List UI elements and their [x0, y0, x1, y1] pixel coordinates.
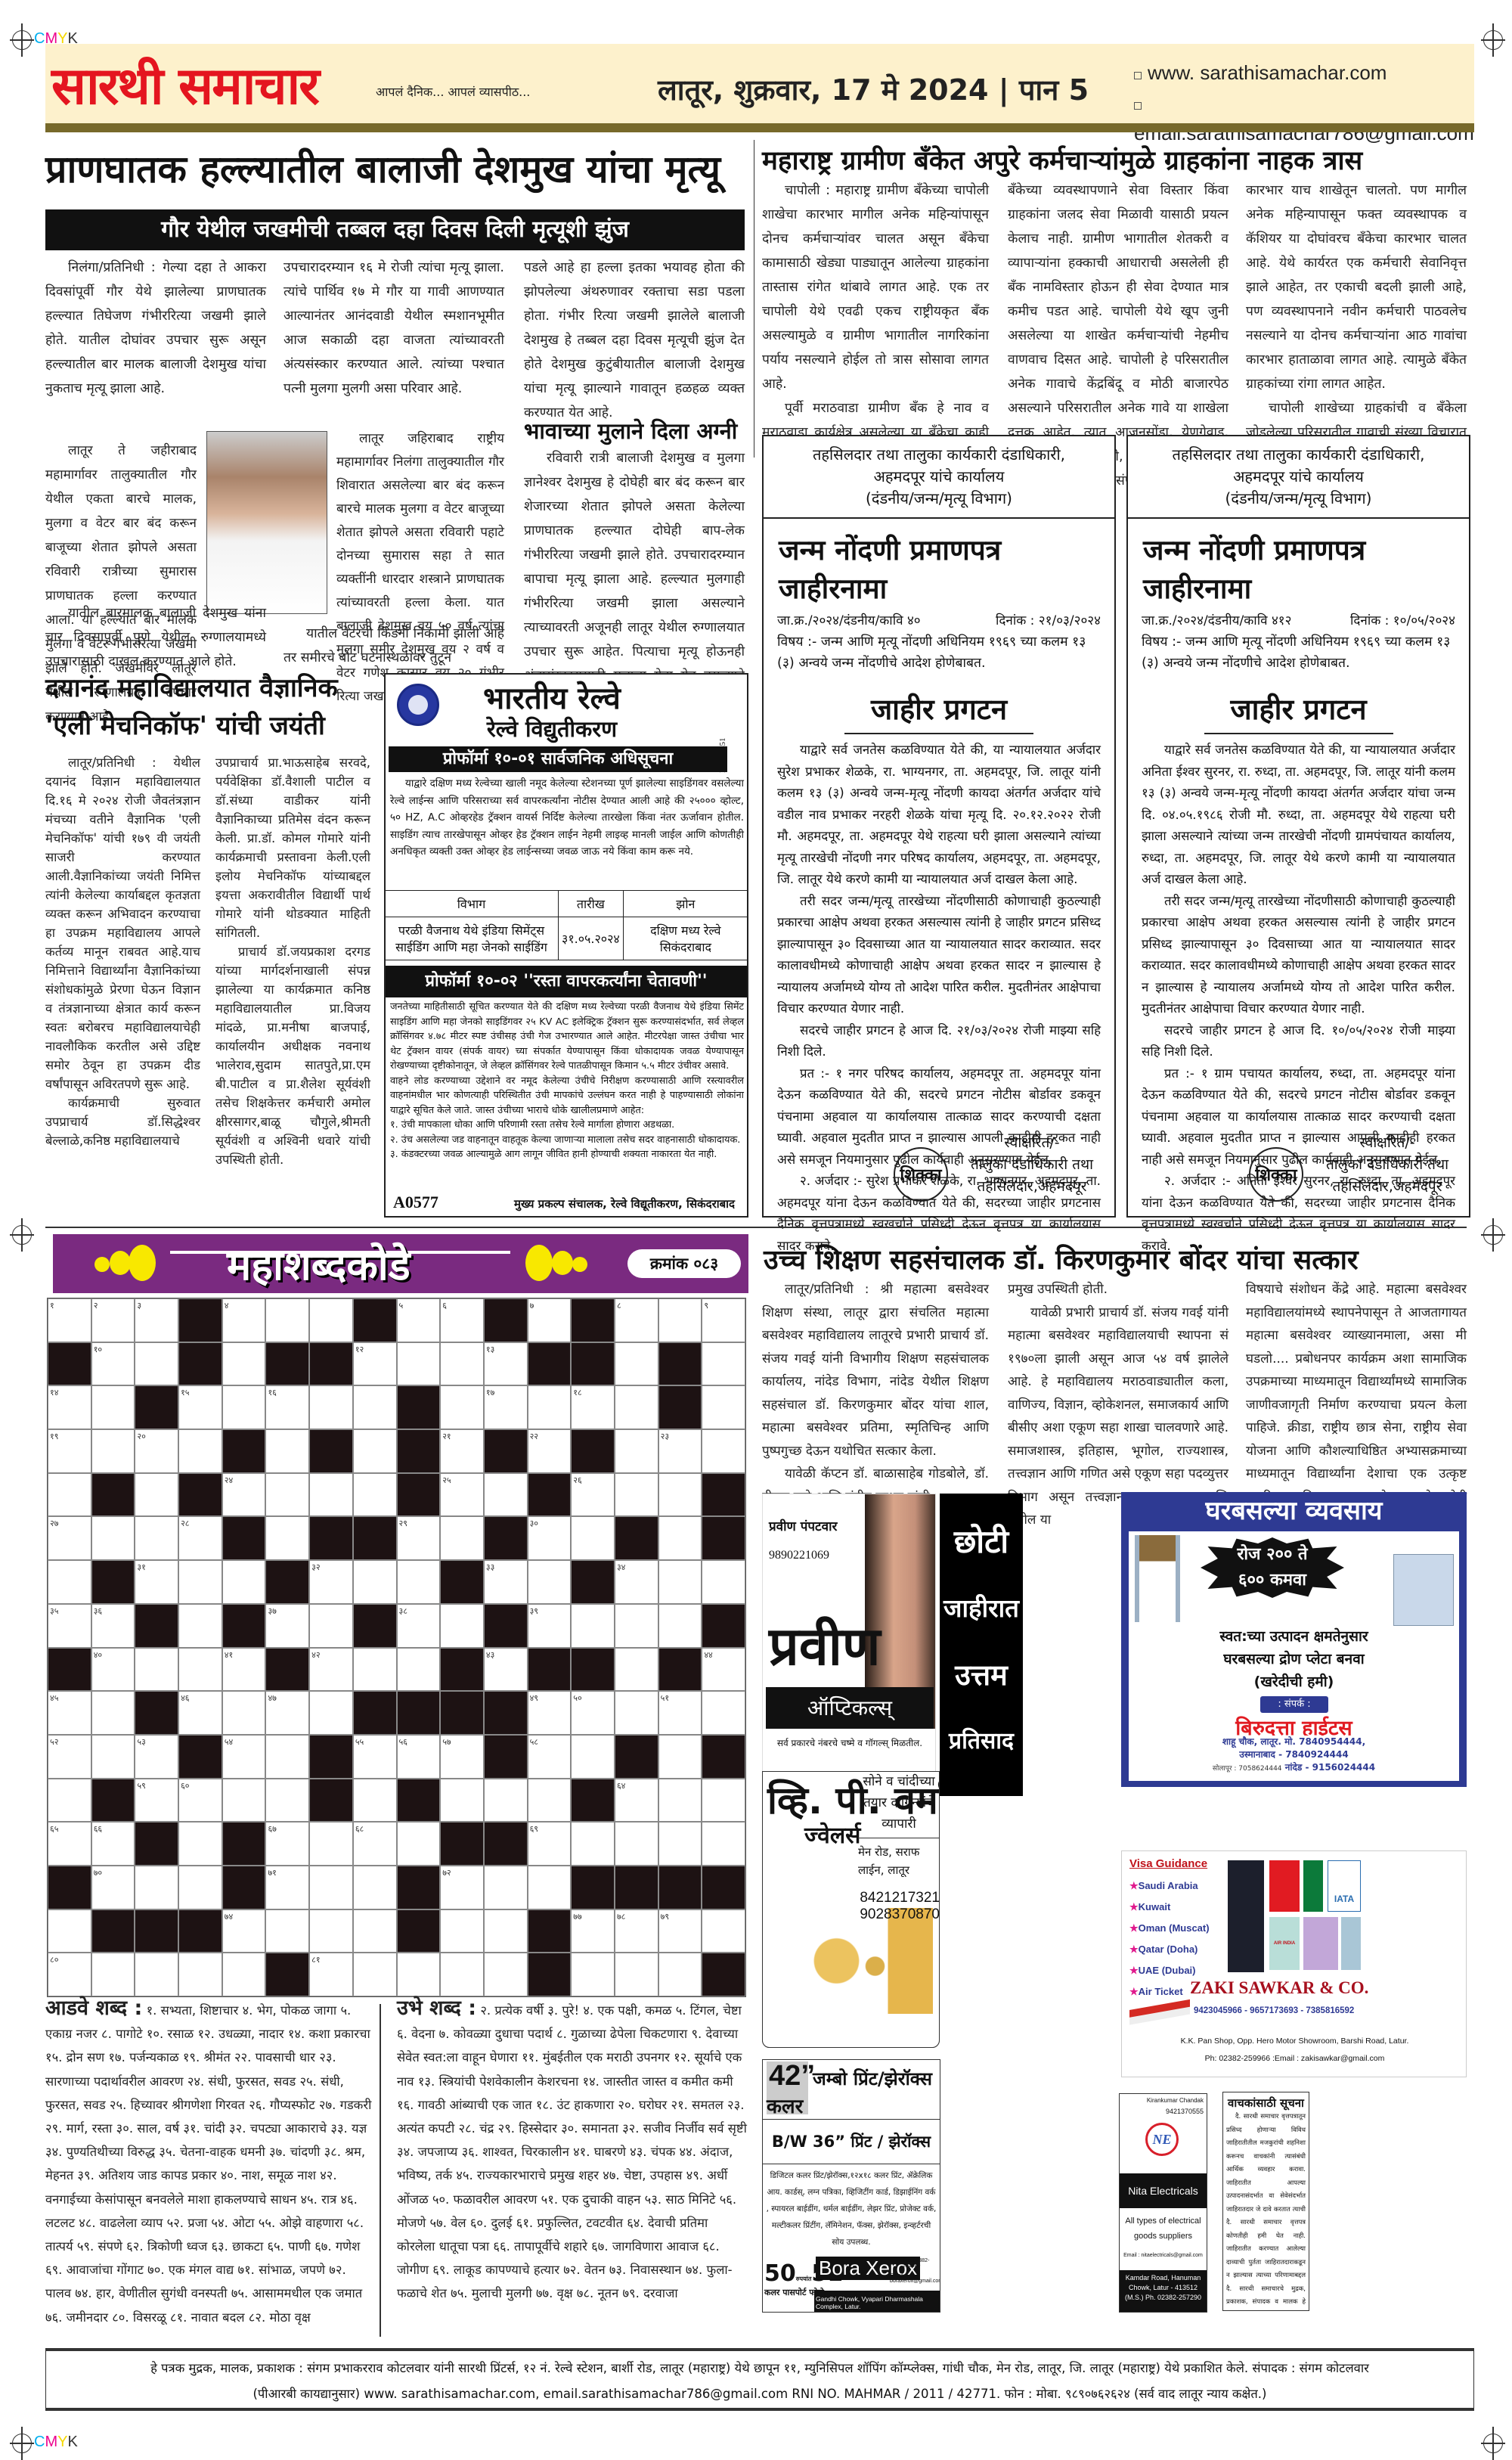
bora-xerox-ad: 42” कलर जम्बो प्रिंट/झेरॉक्स B/W 36” प्र… [762, 2059, 940, 2313]
crossword-cell[interactable] [135, 1866, 178, 1909]
crossword-cell[interactable]: ७२ [440, 1866, 484, 1909]
crossword-block [48, 1648, 91, 1692]
crossword-cell[interactable] [702, 1385, 745, 1429]
crossword-cell[interactable]: ७९ [658, 1909, 702, 1953]
crossword-cell[interactable] [571, 1953, 615, 1996]
crossword-cell[interactable]: ५८ [528, 1735, 572, 1779]
crossword-block [222, 1866, 266, 1909]
website-link[interactable]: www. sarathisamachar.com [1148, 61, 1387, 84]
crossword-block [309, 1342, 353, 1386]
headline-college: दयानंद महाविद्यालयात वैज्ञानिक 'एली मेचन… [45, 669, 338, 745]
visa-item: ★Kuwait [1129, 1897, 1210, 1918]
visa-heading: Visa Guidance [1129, 1857, 1207, 1870]
crossword-cell[interactable]: ६५ [48, 1822, 91, 1866]
crossword-cell[interactable]: ९ [702, 1298, 745, 1342]
crossword-cell[interactable] [222, 1342, 266, 1386]
crossword-block [135, 1691, 178, 1735]
crossword-cell[interactable] [615, 1342, 658, 1386]
crossword-block [397, 1866, 441, 1909]
crossword-block [571, 1779, 615, 1823]
seal-stamp: शिक्का [894, 1147, 948, 1202]
crossword-cell[interactable]: ६६ [91, 1822, 135, 1866]
notice-pragatan: जाहीर प्रगटन [1128, 689, 1469, 728]
crossword-cell[interactable] [528, 1385, 572, 1429]
crossword-block [265, 1560, 309, 1604]
decor-dot [572, 1257, 587, 1272]
crossword-cell[interactable] [702, 1560, 745, 1604]
crossword-cell[interactable] [353, 1779, 397, 1823]
crossword-block [222, 1429, 266, 1473]
notice-title: जन्म नोंदणी प्रमाणपत्र जाहीरनामा [764, 519, 1114, 610]
birth-notice-1: तहसिलदार तथा तालुका कार्यकारी दंडाधिकारी… [762, 435, 1116, 1218]
crossword-block [353, 1691, 397, 1735]
nita-contact: Kirankumar Chandak [1147, 2097, 1204, 2104]
crossword-block [309, 1735, 353, 1779]
bondar-col1: लातूर/प्रतिनिधी : श्री महात्मा बसवेश्वर … [762, 1278, 989, 1509]
readers-notice: वाचकांसाठी सूचना दै. सारथी समाचार वृत्तप… [1222, 2092, 1309, 2311]
owner-phone[interactable]: 9890221069 [769, 1549, 829, 1562]
readers-notice-body: दै. सारथी समाचार वृत्तपत्रातून प्रसिध्द … [1226, 2111, 1306, 2311]
crossword-cell[interactable] [484, 1473, 528, 1517]
crossword-block [571, 1560, 615, 1604]
crossword-block [222, 1604, 266, 1648]
proforma-2-text: जनतेच्या माहितीसाठी सूचित करण्यात येते क… [390, 1000, 744, 1162]
crossword-cell[interactable]: २१ [440, 1429, 484, 1473]
crossword-cell[interactable] [440, 1953, 484, 1996]
crossword-cell[interactable]: ५१ [658, 1691, 702, 1735]
crossword-block [484, 1298, 528, 1342]
crossword-cell[interactable] [658, 1953, 702, 1996]
crossword-cell[interactable] [658, 1298, 702, 1342]
subhead-deshmukh: गौर येथील जखमीची तब्बल दहा दिवस दिली मृत… [45, 209, 745, 250]
crossword-grid[interactable]: १२३४५६७८९१०१२१३१४१५१६१७१८१९२०२१२२२३२४२५२… [47, 1298, 746, 1997]
crossword-cell[interactable]: ३८ [397, 1604, 441, 1648]
crossword-cell[interactable] [658, 1604, 702, 1648]
crossword-cell[interactable] [397, 1342, 441, 1386]
bora-services: डिजिटल कलर प्रिंट/झेरॉक्स,१२x१८ कलर प्रि… [766, 2167, 937, 2251]
crossword-cell[interactable]: १२ [353, 1342, 397, 1386]
crossword-cell[interactable]: ३ [135, 1298, 178, 1342]
deshmukh-col2: उपचारादरम्यान १६ मे रोजी त्यांचा मृत्यू … [283, 256, 504, 401]
crossword-cell[interactable]: ७१ [265, 1866, 309, 1909]
crossword-cell[interactable] [222, 1385, 266, 1429]
deshmukh-col1: निलंगा/प्रतिनिधी : गेल्या दहा ते आकरा दि… [45, 256, 266, 401]
nita-phone[interactable]: 9421370555 [1166, 2108, 1204, 2115]
crossword-cell[interactable]: ५ [397, 1298, 441, 1342]
crossword-cell[interactable] [178, 1822, 222, 1866]
crossword-cell[interactable]: ८१ [309, 1953, 353, 1996]
crossword-cell[interactable]: २४ [222, 1473, 266, 1517]
crossword-cell[interactable]: ४२ [309, 1648, 353, 1692]
crossword-cell[interactable]: ३१ [135, 1560, 178, 1604]
crossword-cell[interactable] [571, 1604, 615, 1648]
nita-email[interactable]: Email : nitaelectricals@gmail.com [1120, 2253, 1207, 2258]
crossword-cell[interactable] [178, 1560, 222, 1604]
crossword-cell[interactable] [702, 1342, 745, 1386]
crossword-cell[interactable]: १ [48, 1298, 91, 1342]
crossword-cell[interactable] [397, 1822, 441, 1866]
verma-phone-2[interactable]: 9028370870 [858, 1906, 940, 1923]
crossword-cell[interactable] [309, 1604, 353, 1648]
railway-notice-ad: भारतीय रेल्वे रेल्वे विद्युतीकरण PUB/045… [384, 673, 748, 1218]
crossword-cell[interactable] [309, 1473, 353, 1517]
crossword-block [397, 1473, 441, 1517]
crossword-cell[interactable]: ५९ [135, 1779, 178, 1823]
gharbasalya-title: घरबसल्या व्यवसाय [1121, 1492, 1467, 1530]
registration-mark-top-left [12, 30, 32, 50]
crossword-cell[interactable] [309, 1909, 353, 1953]
crossword-cell[interactable] [48, 1909, 91, 1953]
crossword-cell[interactable]: १६ [265, 1385, 309, 1429]
crossword-block [222, 1822, 266, 1866]
chhoti-jahirat-black-ad: छोटी जाहीरात उत्तम प्रतिसाद [940, 1494, 1023, 1796]
crossword-cell[interactable] [353, 1866, 397, 1909]
crossword-block [397, 1691, 441, 1735]
crossword-block [309, 1779, 353, 1823]
gharbasalya-line1: स्वत:च्या उत्पादन क्षमतेनुसार [1129, 1626, 1459, 1646]
crossword-cell[interactable]: ४ [222, 1298, 266, 1342]
crossword-cell[interactable] [135, 1516, 178, 1560]
crossword-cell[interactable] [135, 1953, 178, 1996]
crossword-cell[interactable]: ३५ [48, 1604, 91, 1648]
crossword-block [615, 1516, 658, 1560]
crossword-cell[interactable]: ४७ [265, 1691, 309, 1735]
decor-dot [525, 1245, 553, 1281]
crossword-cell[interactable] [397, 1953, 441, 1996]
crossword-cell[interactable]: २६ [571, 1473, 615, 1517]
headline-deshmukh: प्राणघातक हल्ल्यातील बालाजी देशमुख यांचा… [45, 142, 720, 194]
crossword-cell[interactable]: १० [91, 1342, 135, 1386]
crossword-cell[interactable]: १८ [571, 1385, 615, 1429]
crossword-cell[interactable]: ४४ [702, 1648, 745, 1692]
crossword-cell[interactable]: ६ [440, 1298, 484, 1342]
cmyk-mark-bottom: CMYK [34, 2434, 78, 2451]
crossword-cell[interactable]: ६४ [615, 1779, 658, 1823]
crossword-cell[interactable] [615, 1822, 658, 1866]
crossword-cell[interactable] [91, 1953, 135, 1996]
crossword-cell[interactable] [265, 1779, 309, 1823]
crossword-cell[interactable] [615, 1385, 658, 1429]
crossword-cell[interactable] [440, 1516, 484, 1560]
crossword-issue-badge: क्रमांक ०८३ [627, 1249, 741, 1278]
crossword-cell[interactable] [658, 1560, 702, 1604]
across-clues: आडवे शब्द : १. सभ्यता, शिष्टाचार ४. भेग,… [45, 1996, 374, 2329]
crossword-cell[interactable] [265, 1473, 309, 1517]
visa-item: ★Saudi Arabia [1129, 1875, 1210, 1897]
crossword-cell[interactable] [702, 1822, 745, 1866]
verma-phone-1[interactable]: 8421217321 [858, 1890, 940, 1906]
crossword-cell[interactable] [353, 1560, 397, 1604]
crossword-cell[interactable] [178, 1429, 222, 1473]
crossword-cell[interactable] [397, 1560, 441, 1604]
crossword-cell[interactable] [178, 1648, 222, 1692]
crossword-cell[interactable]: ७४ [222, 1909, 266, 1953]
crossword-cell[interactable]: ४९ [528, 1691, 572, 1735]
crossword-cell[interactable] [222, 1560, 266, 1604]
crossword-cell[interactable] [658, 1735, 702, 1779]
crossword-cell[interactable] [397, 1648, 441, 1692]
visa-item: ★Oman (Muscat) [1129, 1918, 1210, 1939]
crossword-cell[interactable] [178, 1604, 222, 1648]
crossword-cell[interactable] [91, 1385, 135, 1429]
deshmukh-col2c: यातील वेटरची किडनी निकामी झाली आहे तर सम… [283, 622, 504, 670]
crossword-cell[interactable]: ५६ [397, 1735, 441, 1779]
crossword-cell[interactable] [702, 1429, 745, 1473]
crossword-cell[interactable] [48, 1560, 91, 1604]
crossword-cell[interactable]: १७ [484, 1385, 528, 1429]
crossword-block [658, 1866, 702, 1909]
brand-name: प्रवीण [769, 1608, 881, 1680]
crossword-cell[interactable] [353, 1953, 397, 1996]
nita-desc: All types of electrical goods suppliers [1120, 2213, 1207, 2244]
crossword-cell[interactable]: ८० [48, 1953, 91, 1996]
signature-block: स्वाक्षरित/- तालुका दंडाधिकारी तथा तहसिल… [953, 1132, 1111, 1198]
crossword-block [484, 1604, 528, 1648]
crossword-block [702, 1953, 745, 1996]
crossword-cell[interactable]: ५७ [440, 1735, 484, 1779]
nita-logo: NE [1145, 2123, 1179, 2156]
iata-logo: IATA [1328, 1860, 1361, 1912]
crossword-cell[interactable] [658, 1473, 702, 1517]
crossword-cell[interactable] [484, 1866, 528, 1909]
crossword-block [615, 1735, 658, 1779]
crossword-cell[interactable] [91, 1735, 135, 1779]
crossword-cell[interactable]: १९ [48, 1429, 91, 1473]
crossword-cell[interactable] [440, 1779, 484, 1823]
crossword-cell[interactable] [702, 1909, 745, 1953]
crossword-cell[interactable] [222, 1691, 266, 1735]
crossword-cell[interactable] [265, 1429, 309, 1473]
crossword-cell[interactable] [484, 1779, 528, 1823]
crossword-cell[interactable]: ५४ [222, 1735, 266, 1779]
bora-address: Gandhi Chowk, Vyapari Dharmashala Comple… [814, 2291, 940, 2313]
crossword-cell[interactable]: ७० [91, 1866, 135, 1909]
crossword-cell[interactable]: ३२ [309, 1560, 353, 1604]
notice-pragatan: जाहीर प्रगटन [764, 689, 1114, 728]
crossword-cell[interactable]: ४५ [48, 1691, 91, 1735]
crossword-cell[interactable]: ७८ [615, 1909, 658, 1953]
crossword-cell[interactable]: २ [91, 1298, 135, 1342]
crossword-cell[interactable] [658, 1779, 702, 1823]
bora-size: 42” [769, 2060, 815, 2092]
crossword-cell[interactable] [178, 1953, 222, 1996]
proforma-2-bar: प्रोफॉर्मा १०-०२ ''रस्ता वापरकर्त्यांना … [386, 966, 747, 997]
dateline: लातूर, शुक्रवार, 17 मे 2024 | पान 5 [658, 70, 1089, 109]
decor-dot [552, 1251, 573, 1275]
down-clues: उभे शब्द : २. प्रत्येक वर्षी ३. पुरे! ४.… [397, 1996, 748, 2306]
subhead-bhavachya: भावाच्या मुलाने दिला अग्नी [524, 416, 737, 445]
crossword-cell[interactable]: २५ [440, 1473, 484, 1517]
decor-dot [110, 1251, 131, 1275]
crossword-cell[interactable]: २९ [397, 1516, 441, 1560]
crossword-cell[interactable] [571, 1735, 615, 1779]
nita-name: Nita Electricals [1120, 2173, 1207, 2208]
crossword-cell[interactable] [484, 1953, 528, 1996]
crossword-cell[interactable]: ६९ [528, 1822, 572, 1866]
crossword-cell[interactable]: ४० [91, 1648, 135, 1692]
crossword-block [135, 1909, 178, 1953]
crossword-cell[interactable] [265, 1909, 309, 1953]
railway-title: भारतीय रेल्वे [386, 676, 718, 718]
crossword-block [309, 1429, 353, 1473]
crossword-cell[interactable]: ३४ [615, 1560, 658, 1604]
crossword-block [397, 1429, 441, 1473]
crossword-block [528, 1909, 572, 1953]
crossword-cell[interactable] [222, 1953, 266, 1996]
crossword-block [178, 1735, 222, 1779]
crossword-cell[interactable] [658, 1516, 702, 1560]
crossword-cell[interactable]: १३ [484, 1342, 528, 1386]
crossword-cell[interactable] [265, 1516, 309, 1560]
crossword-cell[interactable] [265, 1735, 309, 1779]
crossword-block [528, 1342, 572, 1386]
crossword-cell[interactable]: २७ [48, 1516, 91, 1560]
crossword-cell[interactable]: २३ [658, 1429, 702, 1473]
crossword-block [484, 1822, 528, 1866]
crossword-block [484, 1735, 528, 1779]
owner-name: प्रवीण पंपटवार [769, 1517, 837, 1534]
college-col2: उपप्राचार्य प्रा.भाऊसाहेब सरवदे, पर्यवेक… [215, 753, 370, 1169]
crossword-cell[interactable] [484, 1909, 528, 1953]
brand-type-bar: ऑप्टिकल्स् [766, 1687, 934, 1729]
crossword-cell[interactable]: ४६ [178, 1691, 222, 1735]
section-divider [45, 1227, 1467, 1228]
crossword-cell[interactable] [91, 1429, 135, 1473]
decor-dot [94, 1257, 110, 1272]
crossword-block [571, 1298, 615, 1342]
mosque-logo [1303, 1860, 1323, 1912]
crossword-cell[interactable] [135, 1473, 178, 1517]
crossword-cell[interactable] [571, 1516, 615, 1560]
divider [1204, 733, 1393, 734]
registration-mark-top-right [1483, 30, 1503, 50]
crossword-cell[interactable]: २२ [528, 1429, 572, 1473]
crossword-cell[interactable] [615, 1473, 658, 1517]
crossword-block [91, 1473, 135, 1517]
crossword-cell[interactable]: ६७ [265, 1822, 309, 1866]
crossword-cell[interactable] [135, 1648, 178, 1692]
nita-electricals-ad: Kirankumar Chandak 9421370555 NE Nita El… [1119, 2093, 1207, 2313]
bora-fax[interactable]: Fax 02382-251840 [903, 2258, 940, 2269]
crossword-cell[interactable]: १५ [178, 1385, 222, 1429]
gharbasalya-line3: (खरेदीची हमी) [1129, 1671, 1459, 1691]
crossword-cell[interactable] [702, 1779, 745, 1823]
crossword-cell[interactable]: २८ [178, 1516, 222, 1560]
crossword-block [178, 1298, 222, 1342]
crossword-cell[interactable] [135, 1342, 178, 1386]
crossword-cell[interactable] [91, 1516, 135, 1560]
crossword-cell[interactable] [440, 1385, 484, 1429]
crossword-cell[interactable] [615, 1648, 658, 1692]
crossword-cell[interactable] [353, 1648, 397, 1692]
crossword-cell[interactable] [615, 1691, 658, 1735]
crossword-cell[interactable] [222, 1779, 266, 1823]
zaki-contact[interactable]: Ph: 02382-259966 :Email : zakisawkar@gma… [1122, 2054, 1467, 2063]
readers-notice-title: वाचकांसाठी सूचना [1226, 2095, 1306, 2111]
bora-email[interactable]: Email : boraxerox@gmail.com [890, 2273, 940, 2284]
crossword-cell[interactable] [309, 1822, 353, 1866]
crossword-cell[interactable]: ५० [571, 1691, 615, 1735]
crossword-block [528, 1953, 572, 1996]
crossword-cell[interactable] [528, 1866, 572, 1909]
masthead: सारथी समाचार आपलं दैनिक... आपलं व्यासपीठ… [45, 44, 1474, 123]
crossword-cell[interactable] [571, 1822, 615, 1866]
crossword-cell[interactable] [528, 1779, 572, 1823]
crossword-cell[interactable] [658, 1822, 702, 1866]
crossword-cell[interactable] [440, 1909, 484, 1953]
crossword-block [135, 1385, 178, 1429]
hajj-logo [1269, 1860, 1300, 1912]
photo-balaji-deshmukh [206, 431, 327, 614]
crossword-cell[interactable]: ७ [528, 1298, 572, 1342]
crossword-cell[interactable]: ३३ [484, 1560, 528, 1604]
crossword-block [397, 1909, 441, 1953]
crossword-cell[interactable] [309, 1298, 353, 1342]
burj-image [1341, 1917, 1361, 1970]
crossword-cell[interactable]: ३९ [528, 1604, 572, 1648]
crossword-cell[interactable]: ४१ [222, 1648, 266, 1692]
crossword-cell[interactable] [702, 1691, 745, 1735]
crossword-block [353, 1516, 397, 1560]
brand-desc: सर्व प्रकारचे नंबरचे चष्मे व गॉगल्स् मिळ… [766, 1736, 934, 1749]
crossword-cell[interactable] [309, 1866, 353, 1909]
seal-stamp: शिक्का [1249, 1147, 1303, 1202]
crossword-cell[interactable]: ५२ [48, 1735, 91, 1779]
crossword-cell[interactable]: ७७ [571, 1909, 615, 1953]
crossword-cell[interactable] [353, 1385, 397, 1429]
crossword-cell[interactable]: ५३ [135, 1735, 178, 1779]
crossword-cell[interactable]: ३६ [91, 1604, 135, 1648]
crossword-cell[interactable] [309, 1691, 353, 1735]
crossword-cell[interactable]: ३७ [265, 1604, 309, 1648]
crossword-block [440, 1691, 484, 1735]
crossword-cell[interactable]: ३० [528, 1516, 572, 1560]
crossword-cell[interactable] [91, 1691, 135, 1735]
crossword-cell[interactable]: १४ [48, 1385, 91, 1429]
crossword-cell[interactable] [353, 1473, 397, 1517]
notice-title: जन्म नोंदणी प्रमाणपत्र जाहीरनामा [1128, 519, 1469, 610]
crossword-cell[interactable] [528, 1560, 572, 1604]
crossword-cell[interactable] [48, 1779, 91, 1823]
zaki-phones[interactable]: 9423045966 - 9657173693 - 7385816592 [1194, 2006, 1354, 2015]
crossword-cell[interactable]: ६० [178, 1779, 222, 1823]
crossword-block [658, 1648, 702, 1692]
contact-info: www. sarathisamachar.com email.sarathisa… [1134, 57, 1474, 148]
crossword-cell[interactable] [309, 1385, 353, 1429]
machine-image [1135, 1535, 1180, 1622]
crossword-cell[interactable] [178, 1866, 222, 1909]
crossword-cell[interactable]: २० [135, 1429, 178, 1473]
crossword-block [484, 1691, 528, 1735]
crossword-cell[interactable] [265, 1298, 309, 1342]
crossword-cell[interactable] [353, 1429, 397, 1473]
crossword-cell[interactable] [48, 1473, 91, 1517]
crossword-block [484, 1516, 528, 1560]
college-col1: लातूर/प्रतिनिधी : येथील दयानंद विज्ञान म… [45, 753, 200, 1150]
crossword-cell[interactable]: ६८ [353, 1822, 397, 1866]
crossword-cell[interactable] [440, 1604, 484, 1648]
crossword-cell[interactable] [615, 1429, 658, 1473]
crossword-cell[interactable] [353, 1909, 397, 1953]
crossword-cell[interactable]: ८ [615, 1298, 658, 1342]
crossword-cell[interactable]: ५५ [353, 1735, 397, 1779]
crossword-cell[interactable] [615, 1953, 658, 1996]
crossword-cell[interactable]: ४३ [484, 1648, 528, 1692]
crossword-cell[interactable] [440, 1342, 484, 1386]
ad-code: A0577 [393, 1193, 438, 1212]
crossword-block [178, 1909, 222, 1953]
crossword-cell[interactable] [615, 1604, 658, 1648]
